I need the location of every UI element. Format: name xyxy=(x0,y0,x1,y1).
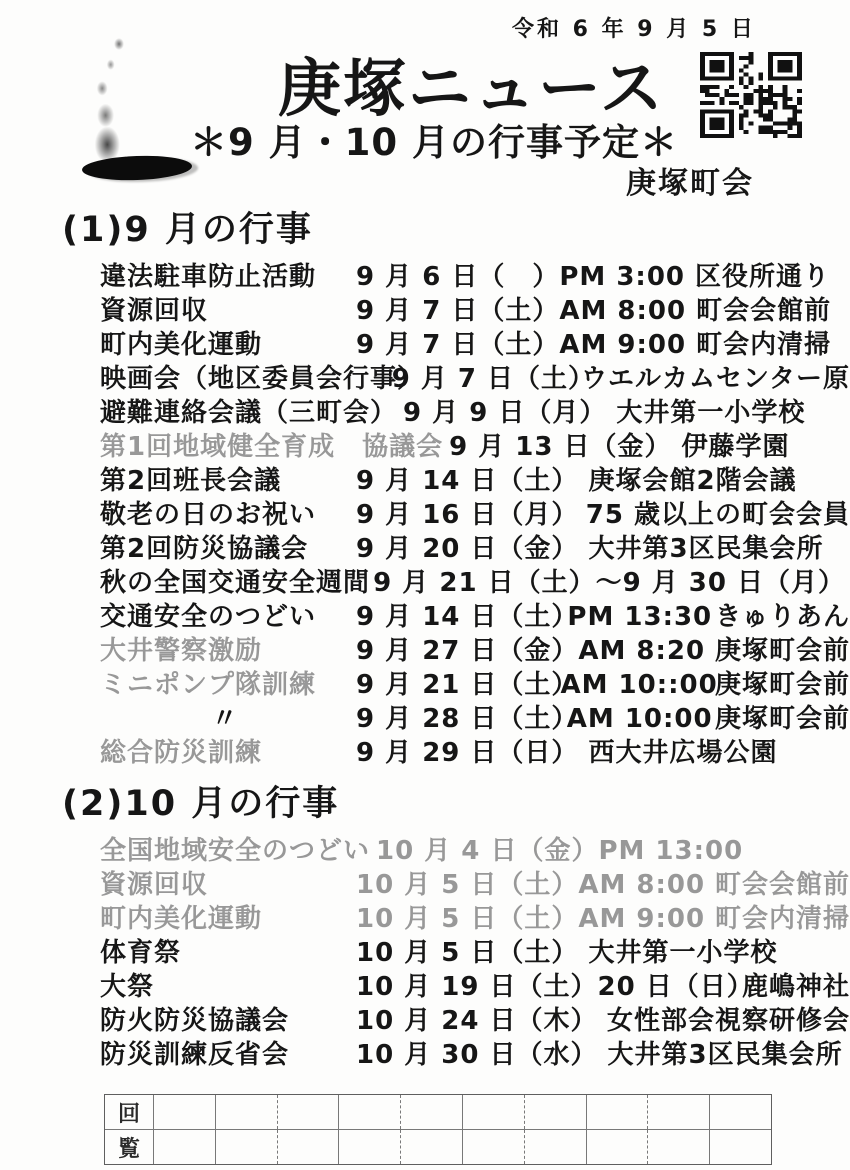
event-row: 秋の全国交通安全週間9 月 21 日（土）～9 月 30 日（月） xyxy=(100,566,850,600)
event-row: 第1回地域健全育成 協議会9 月 13 日（金）伊藤学園 xyxy=(100,430,850,464)
event-name: 避難連絡会議（三町会） xyxy=(100,396,403,430)
event-name: 防災訓練反省会 xyxy=(100,1038,356,1072)
september-events: 違法駐車防止活動9 月 6 日（ ）PM 3:00区役所通り資源回収9 月 7 … xyxy=(100,260,850,770)
event-date: 10 月 30 日（水） xyxy=(356,1038,598,1072)
event-date: 9 月 14 日（土） xyxy=(356,600,567,634)
event-name: 第2回班長会議 xyxy=(100,464,356,498)
event-date: 9 月 14 日（土） xyxy=(356,464,578,498)
event-time: PM 13:30 xyxy=(567,600,705,634)
circulation-cell xyxy=(278,1130,340,1164)
newsletter-subtitle: ＊9 月・10 月の行事予定＊ xyxy=(190,112,678,166)
event-place: 町会内清掃 xyxy=(696,328,831,362)
event-date: 10 月 4 日（金） xyxy=(376,834,598,868)
event-time: PM 3:00 xyxy=(559,260,685,294)
event-name: 違法駐車防止活動 xyxy=(100,260,356,294)
event-name: 秋の全国交通安全週間 xyxy=(100,566,373,600)
event-date: 9 月 7 日（土） xyxy=(356,294,559,328)
event-row: 資源回収10 月 5 日（土）AM 8:00町会会館前 xyxy=(100,868,850,902)
circulation-cell xyxy=(401,1130,463,1164)
circulation-cell xyxy=(216,1095,278,1129)
circulation-cell xyxy=(278,1095,340,1129)
event-date: 9 月 29 日（日） xyxy=(356,736,578,770)
event-name: 映画会（地区委員会行事） xyxy=(100,362,392,396)
circulation-cell xyxy=(710,1130,771,1164)
event-place: 区役所通り xyxy=(695,260,830,294)
event-name: 資源回収 xyxy=(100,868,356,902)
circulation-cell xyxy=(154,1130,216,1164)
event-row: 防災訓練反省会10 月 30 日（水）大井第3区民集会所 xyxy=(100,1038,850,1072)
circulation-cell xyxy=(154,1095,216,1129)
event-name: 敬老の日のお祝い xyxy=(100,498,356,532)
event-time: AM 8:20 xyxy=(578,634,705,668)
event-row: 第2回防災協議会9 月 20 日（金）大井第3区民集会所 xyxy=(100,532,850,566)
event-row: 映画会（地区委員会行事）9 月 7 日（土）ウエルカムセンター原 xyxy=(100,362,850,396)
event-date: 9 月 21 日（土） xyxy=(356,668,560,702)
event-name: 交通安全のつどい xyxy=(100,600,356,634)
event-place: 75 歳以上の町会会員 xyxy=(586,498,850,532)
event-date: 9 月 16 日（月） xyxy=(356,498,576,532)
event-name: 総合防災訓練 xyxy=(100,736,356,770)
event-name: 大井警察激励 xyxy=(100,634,356,668)
event-time: AM 8:00 xyxy=(578,868,705,902)
event-name: 全国地域安全のつどい xyxy=(100,834,376,868)
event-place: 庚塚町会前 xyxy=(715,668,850,702)
event-place: 庚塚町会前 xyxy=(715,702,850,736)
october-events: 全国地域安全のつどい10 月 4 日（金）PM 13:00資源回収10 月 5 … xyxy=(100,834,850,1072)
event-row: 資源回収9 月 7 日（土）AM 8:00町会会館前 xyxy=(100,294,850,328)
event-date: 10 月 24 日（木） xyxy=(356,1004,597,1038)
circulation-cell xyxy=(339,1095,401,1129)
event-place: きゅりあん xyxy=(715,600,850,634)
event-date: 9 月 9 日（月） xyxy=(403,396,606,430)
circulation-row: 覧 xyxy=(105,1130,771,1164)
event-row: 全国地域安全のつどい10 月 4 日（金）PM 13:00 xyxy=(100,834,850,868)
event-place: 西大井広場公園 xyxy=(588,736,777,770)
event-row: ミニポンプ隊訓練9 月 21 日（土）AM 10::00庚塚町会前 xyxy=(100,668,850,702)
event-name: 大祭 xyxy=(100,970,356,1004)
event-date: 10 月 5 日（土） xyxy=(356,936,578,970)
event-time: AM 10:00 xyxy=(567,702,705,736)
event-time: PM 13:00 xyxy=(598,834,743,868)
section-heading-september: (1)9 月の行事 xyxy=(62,202,850,252)
circulation-cell xyxy=(648,1130,710,1164)
event-date: 9 月 7 日（土） xyxy=(356,328,559,362)
event-place: 鹿嶋神社 xyxy=(742,970,850,1004)
event-name: 〃 xyxy=(100,702,356,736)
event-row: 〃9 月 28 日（土）AM 10:00庚塚町会前 xyxy=(100,702,850,736)
event-name: 資源回収 xyxy=(100,294,356,328)
event-row: 敬老の日のお祝い9 月 16 日（月）75 歳以上の町会会員 xyxy=(100,498,850,532)
circulation-cell xyxy=(216,1130,278,1164)
event-place: 庚塚会館2階会議 xyxy=(588,464,796,498)
circulation-cell xyxy=(525,1130,587,1164)
circulation-cell xyxy=(463,1130,525,1164)
event-name: 町内美化運動 xyxy=(100,328,356,362)
circulation-cell xyxy=(587,1095,649,1129)
event-place: 大井第3区民集会所 xyxy=(608,1038,843,1072)
event-name: 第1回地域健全育成 協議会 xyxy=(100,430,449,464)
event-time: AM 8:00 xyxy=(559,294,686,328)
circulation-cell xyxy=(525,1095,587,1129)
event-date: 9 月 6 日（ ） xyxy=(356,260,559,294)
event-date: 9 月 7 日（土） xyxy=(392,362,571,396)
circulation-cell xyxy=(339,1130,401,1164)
event-row: 大祭10 月 19 日（土）20 日（日）鹿嶋神社 xyxy=(100,970,850,1004)
circulation-row: 回 xyxy=(105,1095,771,1130)
event-time: AM 10::00 xyxy=(560,668,705,702)
ink-smudge-streak xyxy=(92,56,126,164)
circulation-label: 回 xyxy=(105,1095,154,1129)
newsletter-page: { "page": { "issue_date": "令和 6 年 9 月 5 … xyxy=(0,0,850,1170)
event-date: 9 月 27 日（金） xyxy=(356,634,578,668)
event-date: 10 月 19 日（土）20 日（日） xyxy=(356,970,732,1004)
event-date: 9 月 20 日（金） xyxy=(356,532,578,566)
newsletter-body: (1)9 月の行事 違法駐車防止活動9 月 6 日（ ）PM 3:00区役所通り… xyxy=(0,196,850,1165)
event-row: 違法駐車防止活動9 月 6 日（ ）PM 3:00区役所通り xyxy=(100,260,850,294)
event-row: 町内美化運動10 月 5 日（土）AM 9:00町会内清掃 xyxy=(100,902,850,936)
event-row: 総合防災訓練9 月 29 日（日）西大井広場公園 xyxy=(100,736,850,770)
qr-code-icon xyxy=(700,52,802,138)
circulation-cell xyxy=(587,1130,649,1164)
event-name: ミニポンプ隊訓練 xyxy=(100,668,356,702)
event-time: AM 9:00 xyxy=(559,328,686,362)
event-place: 女性部会視察研修会 xyxy=(607,1004,850,1038)
event-date: 9 月 28 日（土） xyxy=(356,702,567,736)
event-place: 伊藤学園 xyxy=(682,430,790,464)
circulation-label: 覧 xyxy=(105,1130,154,1164)
event-row: 避難連絡会議（三町会）9 月 9 日（月）大井第一小学校 xyxy=(100,396,850,430)
event-time: AM 9:00 xyxy=(578,902,705,936)
event-date: 9 月 13 日（金） xyxy=(449,430,671,464)
event-date: 9 月 21 日（土）～9 月 30 日（月） xyxy=(373,566,840,600)
event-place: 町会会館前 xyxy=(715,868,850,902)
event-place: 町会会館前 xyxy=(696,294,831,328)
event-name: 防火防災協議会 xyxy=(100,1004,356,1038)
event-place: ウエルカムセンター原 xyxy=(581,362,850,396)
event-place: 町会内清掃 xyxy=(715,902,850,936)
circulation-cell xyxy=(710,1095,771,1129)
event-place: 大井第一小学校 xyxy=(616,396,805,430)
circulation-table: 回覧 xyxy=(104,1094,772,1165)
event-row: 体育祭10 月 5 日（土）大井第一小学校 xyxy=(100,936,850,970)
event-row: 町内美化運動9 月 7 日（土）AM 9:00町会内清掃 xyxy=(100,328,850,362)
scan-speckle xyxy=(114,38,124,50)
event-place: 大井第一小学校 xyxy=(588,936,777,970)
event-date: 10 月 5 日（土） xyxy=(356,902,578,936)
event-name: 第2回防災協議会 xyxy=(100,532,356,566)
circulation-cell xyxy=(401,1095,463,1129)
event-name: 体育祭 xyxy=(100,936,356,970)
event-name: 町内美化運動 xyxy=(100,902,356,936)
circulation-cell xyxy=(648,1095,710,1129)
event-place: 大井第3区民集会所 xyxy=(588,532,823,566)
event-date: 10 月 5 日（土） xyxy=(356,868,578,902)
event-row: 交通安全のつどい9 月 14 日（土）PM 13:30きゅりあん xyxy=(100,600,850,634)
event-place: 庚塚町会前 xyxy=(715,634,850,668)
section-heading-october: (2)10 月の行事 xyxy=(62,776,850,826)
circulation-cell xyxy=(463,1095,525,1129)
event-row: 防火防災協議会10 月 24 日（木）女性部会視察研修会 xyxy=(100,1004,850,1038)
event-row: 大井警察激励9 月 27 日（金）AM 8:20庚塚町会前 xyxy=(100,634,850,668)
event-row: 第2回班長会議9 月 14 日（土）庚塚会館2階会議 xyxy=(100,464,850,498)
